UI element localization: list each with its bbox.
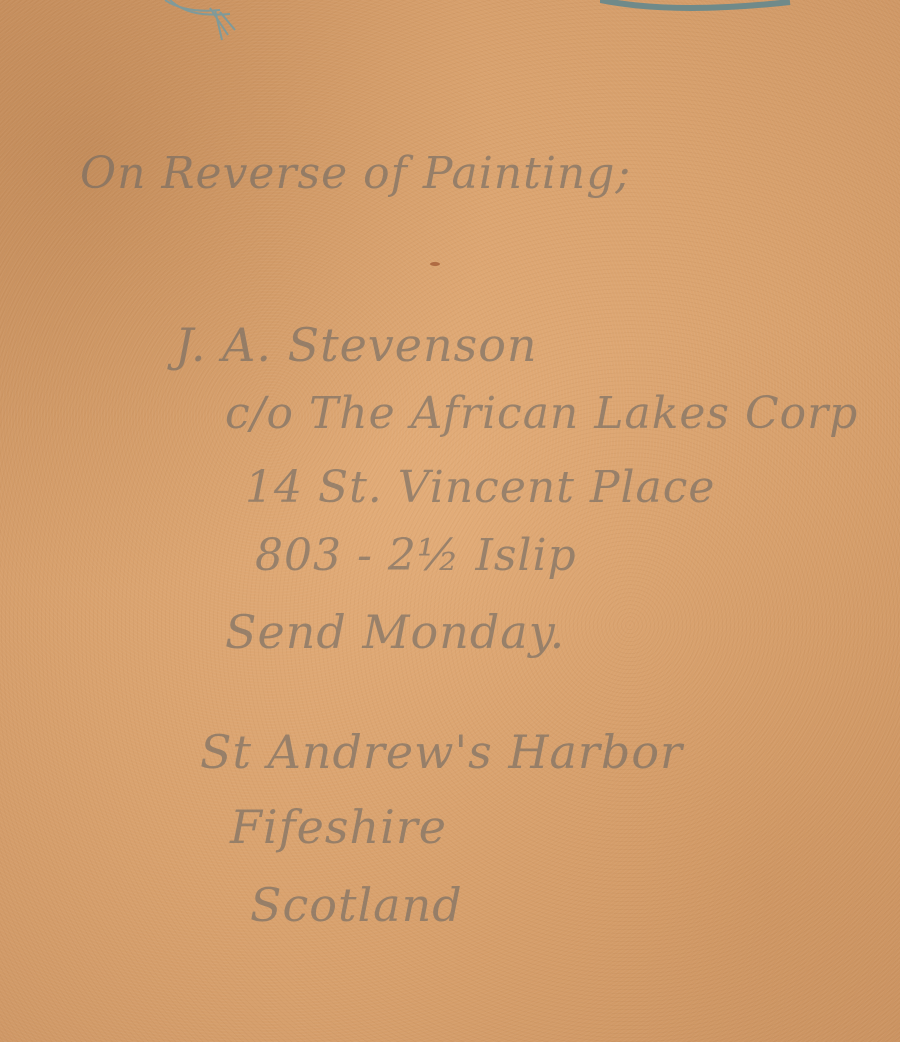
address-line-numbers: 803 - 2½ Islip <box>255 530 577 581</box>
heading-line: On Reverse of Painting; <box>80 148 631 199</box>
title-line-country: Scotland <box>250 878 463 932</box>
address-line-send: Send Monday. <box>225 605 565 659</box>
address-line-name: J. A. Stevenson <box>175 318 538 372</box>
title-line-place: St Andrew's Harbor <box>200 725 683 779</box>
address-line-street: 14 St. Vincent Place <box>245 462 715 513</box>
pencil-inscription: On Reverse of Painting; J. A. Stevenson … <box>0 0 900 1042</box>
title-line-county: Fifeshire <box>230 800 447 854</box>
address-line-care-of: c/o The African Lakes Corp <box>225 388 858 439</box>
